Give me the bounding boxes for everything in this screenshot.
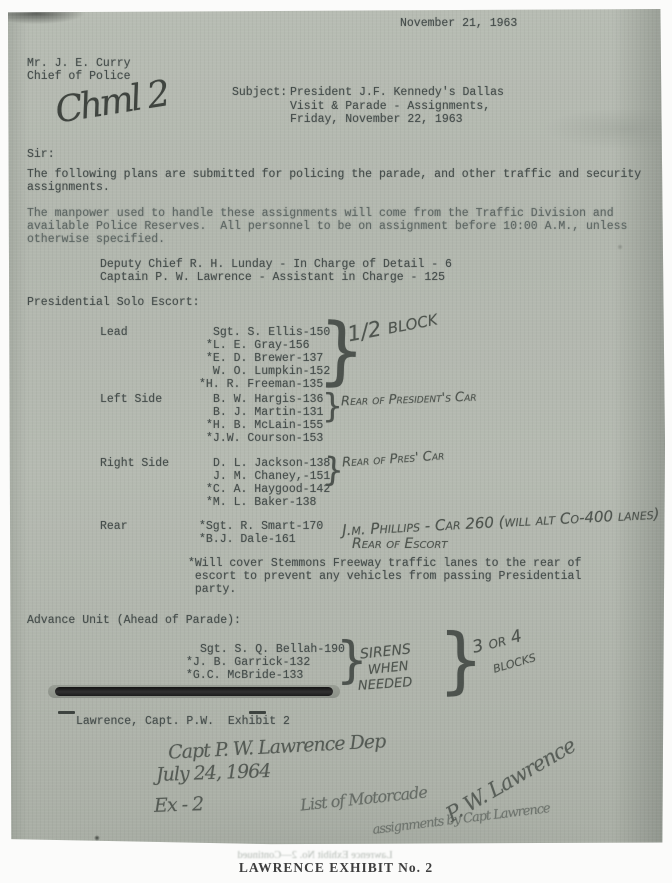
rear-name-2: *B.J. Dale-161 (199, 533, 296, 546)
salutation: Sir: (27, 148, 55, 161)
note-line-3: party. (188, 583, 236, 596)
advance-name-2: *J. B. Garrick-132 (186, 656, 310, 669)
subject-line-1: President J.F. Kennedy's Dallas (290, 86, 504, 99)
rear-name-1: *Sgt. R. Smart-170 (199, 520, 323, 533)
left-name-1: B. W. Hargis-136 (213, 393, 323, 406)
lead-name-2: *L. E. Gray-156 (206, 339, 310, 352)
right-name-2: J. M. Chaney,-151 (213, 470, 330, 483)
paragraph-1-line-2: assignments. (27, 181, 110, 194)
bottom-hand-line-2: July 24, 1964 (156, 760, 271, 786)
bottom-hand-line-3: Ex - 2 (154, 793, 204, 817)
paragraph-2-line-2: available Police Reserves. All personnel… (27, 220, 627, 233)
right-name-3: *C. A. Haygood-142 (206, 483, 330, 496)
note-line-2: escort to prevent any vehicles from pass… (188, 570, 581, 583)
left-name-2: B. J. Martin-131 (213, 406, 323, 419)
left-name-3: *H. B. McLain-155 (206, 419, 323, 432)
paragraph-2-line-1: The manpower used to handle these assign… (27, 207, 614, 220)
redaction-bar (55, 687, 333, 696)
scanned-document-page: November 21, 1963 Mr. J. E. Curry Chief … (0, 0, 672, 883)
left-name-4: *J.W. Courson-153 (206, 432, 323, 445)
command-line-2: Captain P. W. Lawrence - Assistant in Ch… (100, 271, 445, 284)
subject-line-3: Friday, November 22, 1963 (290, 113, 463, 126)
escort-heading: Presidential Solo Escort: (27, 296, 200, 309)
addressee-name: Mr. J. E. Curry (27, 57, 131, 70)
underline-dash-right (249, 711, 266, 714)
left-side-label: Left Side (100, 393, 162, 406)
rear-label: Rear (100, 520, 128, 533)
date-line: November 21, 1963 (400, 17, 517, 30)
lead-label: Lead (100, 326, 128, 339)
right-name-1: D. L. Jackson-138 (213, 457, 330, 470)
advance-name-3: *G.C. McBride-133 (186, 669, 303, 682)
note-line-1: *Will cover Stemmons Freeway traffic lan… (188, 557, 581, 570)
subject-label: Subject: (232, 86, 287, 99)
rear-annotation-2: Rear of Escort (352, 536, 447, 552)
advance-heading: Advance Unit (Ahead of Parade): (27, 614, 241, 627)
redaction-bar-strip (48, 685, 340, 698)
subject-line-2: Visit & Parade - Assignments, (290, 100, 490, 113)
command-line-1: Deputy Chief R. H. Lunday - In Charge of… (100, 258, 452, 271)
lead-name-4: W. O. Lumpkin-152 (206, 365, 330, 378)
underline-dash-left (58, 711, 75, 714)
lead-name-3: *E. D. Brewer-137 (206, 352, 323, 365)
lead-name-5: *H. R. Freeman-135 (199, 378, 323, 391)
lead-name-1: Sgt. S. Ellis-150 (213, 326, 330, 339)
right-name-4: *M. L. Baker-138 (206, 496, 316, 509)
paragraph-1-line-1: The following plans are submitted for po… (27, 168, 641, 181)
advance-name-1: Sgt. S. Q. Bellah-190 (200, 643, 345, 656)
paragraph-2-line-3: otherwise specified. (27, 233, 165, 246)
exhibit-reference-line: Lawrence, Capt. P.W. Exhibit 2 (76, 715, 290, 728)
right-side-label: Right Side (100, 457, 169, 470)
exhibit-caption: LAWRENCE EXHIBIT No. 2 (0, 860, 672, 876)
